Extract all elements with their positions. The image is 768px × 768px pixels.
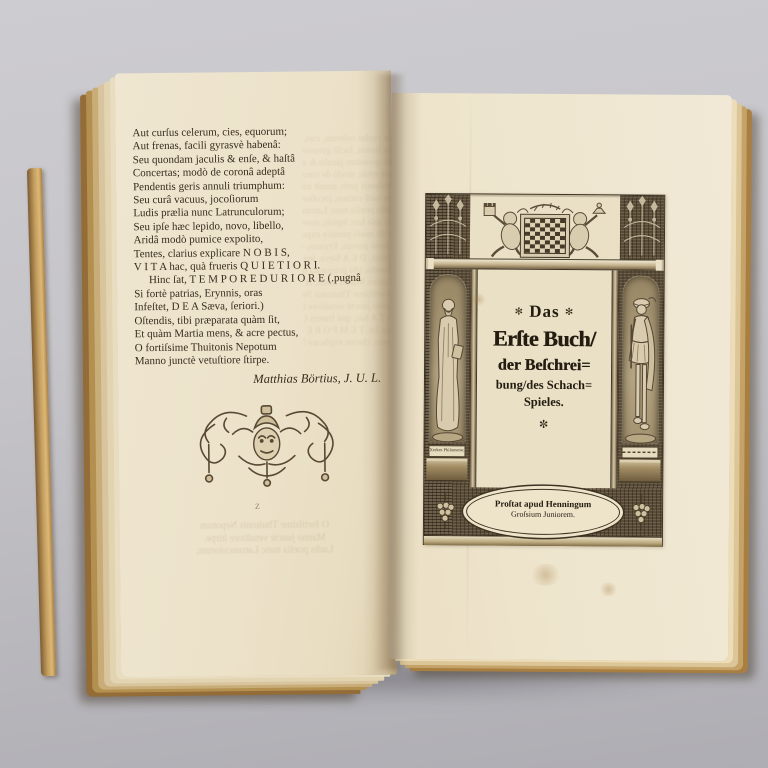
imprint-line-2: Groſsium Juniorem. [467,509,619,519]
plate-bottom-band: Proſtat apud Henningum Groſsium Juniorem… [424,487,662,537]
strapwork-ornament-icon: ✻ [565,307,574,318]
title-line-bung-des-schach: bung/des Schach= [477,377,611,393]
book-board-edge [27,168,56,676]
imprint-cartouche: Proſtat apud Henningum Groſsium Juniorem… [466,488,620,535]
statue-right-pedestal [619,457,660,482]
poem-attribution: Matthias Börtius, J. U. L. [135,371,381,389]
plate-base-molding [424,535,662,547]
poem-line: Manno junctè vetuſtiore ſtirpe. [135,353,387,369]
engraved-title-border: Xerkes Philometor. ✻ Das ✻ Erſte Buch/ d… [423,193,665,547]
garland-left-icon [429,491,461,531]
gothic-tracery-right-icon [620,195,664,259]
foxing-spot [470,293,486,305]
warrior-statue-icon [622,294,659,444]
title-line-erste-buch: Erſte Buch/ [477,325,611,352]
latin-poem-block: Aut curſus celerum, cies, equorum; Aut f… [132,125,387,369]
title-line-der-beschrei: der Beſchrei= [477,356,611,375]
right-page-title-leaf: Xerkes Philometor. ✻ Das ✻ Erſte Buch/ d… [388,93,732,661]
foxing-spot [529,564,563,586]
foxing-spot [598,582,618,596]
philosopher-statue-icon [429,293,466,443]
mascaron-vignette-icon [180,393,353,493]
statue-left-pedestal [426,456,467,481]
gathering-signature-mark: Z [119,501,395,513]
book-gutter-shadow [374,74,406,670]
putti-with-chessboard [470,194,620,259]
left-statue-niche: Xerkes Philometor. [424,269,471,487]
imprint-line-1: Proſtat apud Henningum [467,498,619,509]
gothic-tracery-left-icon [426,194,470,258]
poem-line: Hinc ſat, T E M P O R E D U R I O R E (.… [134,272,386,288]
right-statue-niche [617,270,664,488]
strapwork-ornament-icon: ✻ [515,307,524,318]
chessboard-icon [524,218,566,254]
title-line-spieles: Spieles. [477,394,611,410]
fleuron-ornament-icon: ✼ [477,417,611,431]
garland-right-icon [625,492,657,532]
photo-background: Aut curſus celerum, cies, equorum; Aut f… [0,0,768,768]
title-text-panel: ✻ Das ✻ Erſte Buch/ der Beſchrei= bung/d… [476,269,612,488]
plate-middle-band: Xerkes Philometor. ✻ Das ✻ Erſte Buch/ d… [424,269,664,489]
title-line-das: ✻ Das ✻ [477,301,611,322]
plate-top-band [426,194,664,260]
left-page-showthrough-bottom: O fortiſsime Thuitonis Nepotum Manno jun… [150,519,380,559]
left-page: Aut curſus celerum, cies, equorum; Aut f… [115,71,397,678]
